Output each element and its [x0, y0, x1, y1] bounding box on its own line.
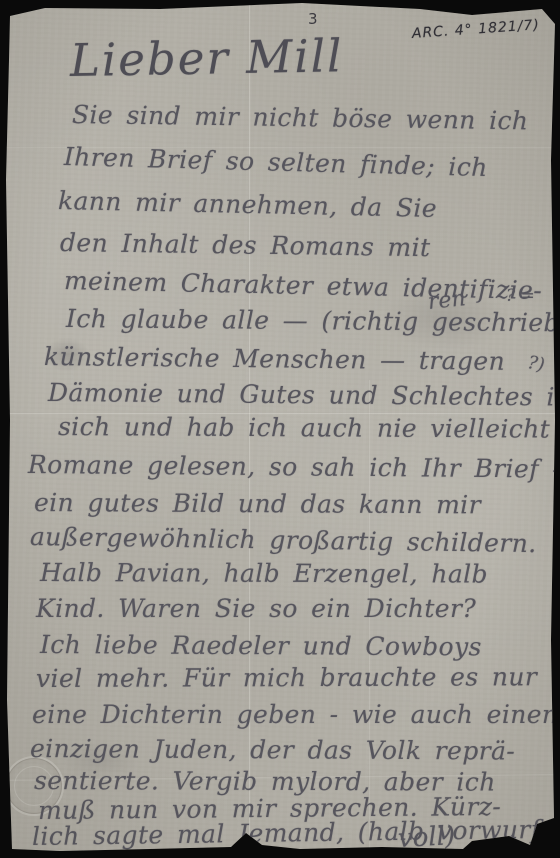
letter-line: Ihren Brief so selten finde; ich	[64, 142, 488, 182]
letter-line: künstlerische Menschen — tragen	[44, 342, 505, 376]
letter-line: sich und hab ich auch nie vielleicht	[58, 412, 550, 444]
letter-line: eine Dichterin geben - wie auch einen	[32, 700, 558, 729]
insertion-annotation: ren	[427, 286, 467, 315]
letter-line: einzigen Juden, der das Volk reprä-	[30, 734, 515, 766]
letter-line: Ich glaube alle — (richtig geschrieben	[66, 304, 560, 338]
letter-line: außergewöhnlich großartig schildern.	[30, 522, 537, 558]
scanned-letter-frame: 3 ARC. 4° 1821/7) Lieber Mill Sie sind m…	[0, 0, 560, 858]
letter-paper: 3 ARC. 4° 1821/7) Lieber Mill Sie sind m…	[0, 0, 560, 858]
closing-word: voll)	[397, 821, 456, 854]
letter-line: Halb Pavian, halb Erzengel, halb	[40, 558, 488, 589]
question-mark-annotation: ?)	[526, 352, 546, 376]
letter-line: meinem Charakter etwa identifizie-	[64, 266, 543, 305]
salutation: Lieber Mill	[70, 29, 344, 87]
archive-reference: ARC. 4° 1821/7)	[411, 17, 540, 42]
page-number: 3	[308, 10, 318, 28]
insertion-marks: ? =	[506, 286, 535, 306]
letter-line: Dämonie und Gutes und Schlechtes in	[48, 378, 560, 412]
letter-line: den Inhalt des Romans mit	[60, 228, 431, 262]
letter-line: Ich liebe Raedeler und Cowboys	[40, 630, 482, 661]
letter-line: Sie sind mir nicht böse wenn ich	[72, 100, 529, 135]
letter-line: lich sagte mal Jemand, (halb vorwurfs-	[32, 815, 560, 851]
letter-line: ein gutes Bild und das kann mir	[34, 488, 481, 519]
page-corner-mark: ss	[535, 820, 553, 840]
letter-line: kann mir annehmen, da Sie	[58, 186, 438, 223]
letter-line: Romane gelesen, so sah ich Ihr Brief —	[28, 450, 560, 484]
letter-line: Kind. Waren Sie so ein Dichter?	[36, 594, 476, 623]
letter-line: viel mehr. Für mich brauchte es nur	[36, 662, 537, 693]
